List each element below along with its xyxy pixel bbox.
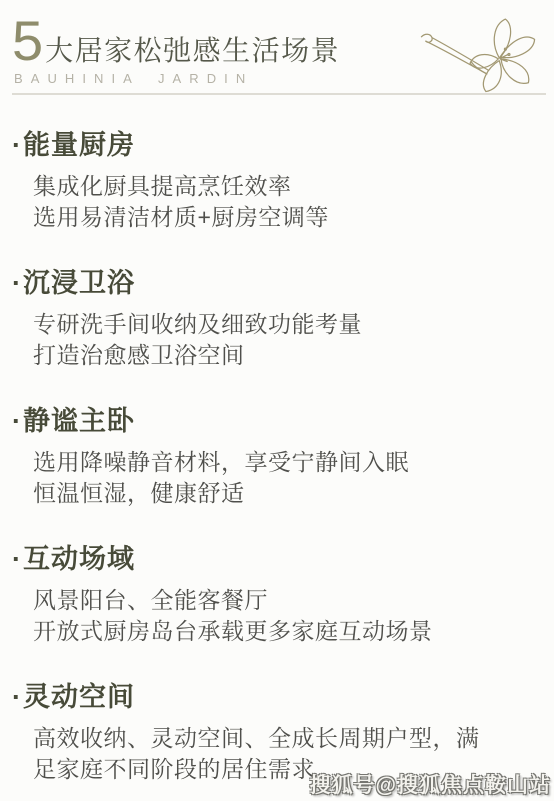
section-title-text: 静谧主卧: [23, 404, 135, 438]
big-number-5: 5: [12, 16, 43, 66]
section-title-text: 沉浸卫浴: [23, 266, 135, 300]
body-line: 集成化厨具提高烹饪效率: [33, 171, 542, 202]
section-title: · 互动场域: [12, 542, 542, 576]
section-title: · 沉浸卫浴: [12, 266, 542, 300]
body-line: 选用降噪静音材料，享受宁静间入眠: [33, 447, 542, 478]
bullet-icon: ·: [12, 542, 23, 576]
body-line: 开放式厨房岛台承载更多家庭互动场景: [33, 616, 542, 647]
main-title-text: 大居家松弛感生活场景: [45, 34, 340, 68]
bullet-icon: ·: [12, 128, 23, 162]
bullet-icon: ·: [12, 680, 23, 714]
section-body: 选用降噪静音材料，享受宁静间入眠 恒温恒湿，健康舒适: [33, 447, 542, 509]
section-interactive-area: · 互动场域 风景阳台、全能客餐厅 开放式厨房岛台承载更多家庭互动场景: [12, 542, 542, 647]
section-body: 风景阳台、全能客餐厅 开放式厨房岛台承载更多家庭互动场景: [33, 585, 542, 647]
body-line: 打造治愈感卫浴空间: [33, 340, 542, 371]
body-line: 高效收纳、灵动空间、全成长周期户型，满: [33, 723, 542, 754]
sohu-watermark: 搜狐号@搜狐焦点鞍山站: [310, 769, 551, 799]
bullet-icon: ·: [12, 266, 23, 300]
section-energy-kitchen: · 能量厨房 集成化厨具提高烹饪效率 选用易清洁材质+厨房空调等: [12, 128, 542, 233]
section-title-text: 互动场域: [23, 542, 135, 576]
body-line: 风景阳台、全能客餐厅: [33, 585, 542, 616]
section-title-text: 能量厨房: [23, 128, 135, 162]
bullet-icon: ·: [12, 404, 23, 438]
poster-page: 5 大居家松弛感生活场景 BAUHINIA JARDIN · 能量厨房: [0, 0, 554, 801]
section-title: · 能量厨房: [12, 128, 542, 162]
bauhinia-flower-icon: [414, 12, 542, 96]
header: 5 大居家松弛感生活场景 BAUHINIA JARDIN: [12, 16, 542, 95]
body-line: 选用易清洁材质+厨房空调等: [33, 202, 542, 233]
section-immersive-bath: · 沉浸卫浴 专研洗手间收纳及细致功能考量 打造治愈感卫浴空间: [12, 266, 542, 371]
section-title: · 静谧主卧: [12, 404, 542, 438]
section-body: 专研洗手间收纳及细致功能考量 打造治愈感卫浴空间: [33, 309, 542, 371]
section-body: 集成化厨具提高烹饪效率 选用易清洁材质+厨房空调等: [33, 171, 542, 233]
section-title: · 灵动空间: [12, 680, 542, 714]
body-line: 恒温恒湿，健康舒适: [33, 478, 542, 509]
section-quiet-bedroom: · 静谧主卧 选用降噪静音材料，享受宁静间入眠 恒温恒湿，健康舒适: [12, 404, 542, 509]
section-title-text: 灵动空间: [23, 680, 135, 714]
body-line: 专研洗手间收纳及细致功能考量: [33, 309, 542, 340]
